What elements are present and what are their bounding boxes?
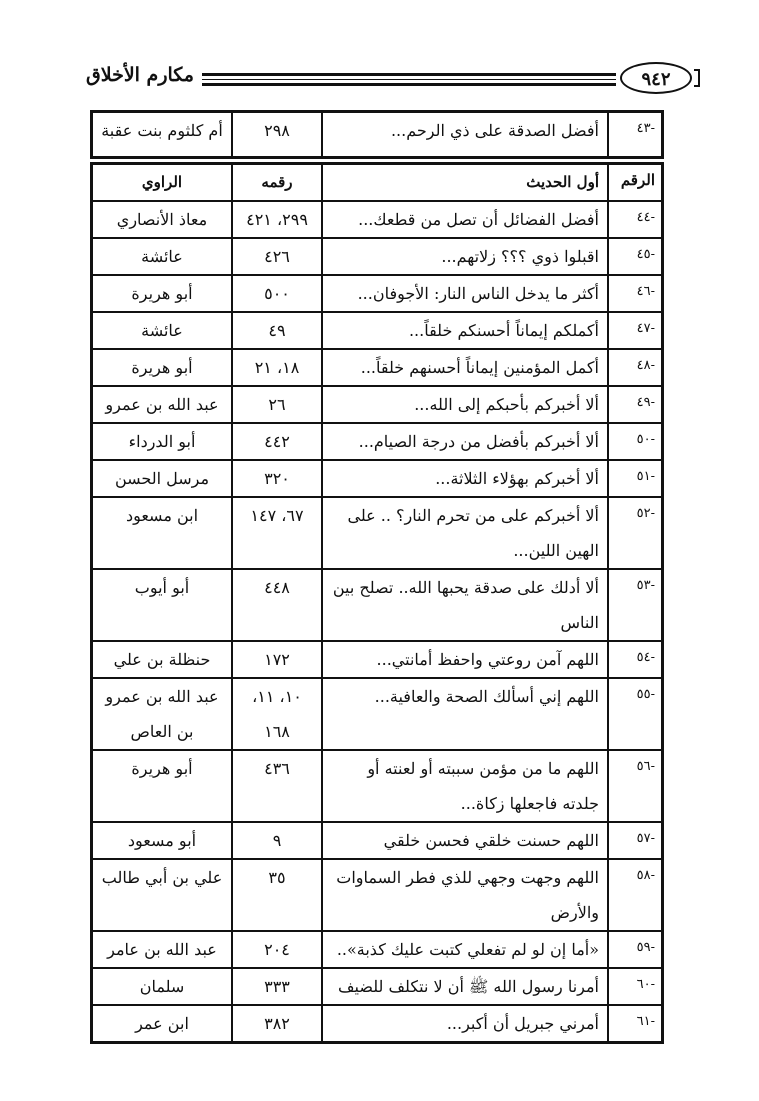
narrator: أم كلثوم بنت عقبة [92, 112, 233, 158]
hadith-text: ألا أخبركم بهؤلاء الثلاثة... [322, 460, 608, 497]
column-header-reference: رقمه [232, 164, 322, 202]
row-number: -٦٠ [608, 968, 663, 1005]
row-number: -٤٥ [608, 238, 663, 275]
hadith-reference: ١٧٢ [232, 641, 322, 678]
hadith-reference: ٣٥ [232, 859, 322, 931]
row-number: -٥٨ [608, 859, 663, 931]
page-header: مكارم الأخلاق ٩٤٢ [84, 62, 708, 98]
hadith-text: أفضل الفضائل أن تصل من قطعك... [322, 201, 608, 238]
row-number: -٥٢ [608, 497, 663, 569]
table-row: -٤٩ألا أخبركم بأحبكم إلى الله...٢٦عبد ال… [92, 386, 663, 423]
table-row: -٥٥اللهم إني أسألك الصحة والعافية...١٠، … [92, 678, 663, 750]
hadith-text: «أما إن لو لم تفعلي كتبت عليك كذبة».. [322, 931, 608, 968]
hadith-text: اقبلوا ذوي ؟؟؟ زلاتهم... [322, 238, 608, 275]
hadith-reference: ٣٣٣ [232, 968, 322, 1005]
row-number: -٤٦ [608, 275, 663, 312]
row-number: -٥٧ [608, 822, 663, 859]
hadith-text: اللهم آمن روعتي واحفظ أمانتي... [322, 641, 608, 678]
hadith-text: أمرنا رسول الله ﷺ أن لا نتكلف للضيف [322, 968, 608, 1005]
hadith-reference: ٤٤٨ [232, 569, 322, 641]
hadith-reference: ٢٩٩، ٤٢١ [232, 201, 322, 238]
hadith-reference: ٤٩ [232, 312, 322, 349]
hadith-text: اللهم ما من مؤمن سببته أو لعنته أو جلدته… [322, 750, 608, 822]
table-row: -٤٨أكمل المؤمنين إيماناً أحسنهم خلقاً...… [92, 349, 663, 386]
narrator: أبو هريرة [92, 349, 233, 386]
column-header-narrator: الراوي [92, 164, 233, 202]
narrator: عائشة [92, 238, 233, 275]
ornament-bracket-icon [694, 69, 700, 87]
narrator: عبد الله بن عمرو بن العاص [92, 678, 233, 750]
hadith-reference: ٤٣٦ [232, 750, 322, 822]
row-number: -٤٤ [608, 201, 663, 238]
table-row: -٤٤أفضل الفضائل أن تصل من قطعك...٢٩٩، ٤٢… [92, 201, 663, 238]
hadith-text: اللهم وجهت وجهي للذي فطر السماوات والأرض [322, 859, 608, 931]
row-number: -٦١ [608, 1005, 663, 1043]
hadith-reference: ١٨، ٢١ [232, 349, 322, 386]
narrator: عبد الله بن عمرو [92, 386, 233, 423]
header-rule [202, 73, 616, 86]
hadith-reference: ٤٤٢ [232, 423, 322, 460]
narrator: عائشة [92, 312, 233, 349]
table-row: -٤٦أكثر ما يدخل الناس النار: الأجوفان...… [92, 275, 663, 312]
hadith-reference: ٩ [232, 822, 322, 859]
table-row: -٥٣ألا أدلك على صدقة يحبها الله.. تصلح ب… [92, 569, 663, 641]
narrator: علي بن أبي طالب [92, 859, 233, 931]
hadith-text: أمرني جبريل أن أكبر... [322, 1005, 608, 1043]
hadith-reference: ٤٢٦ [232, 238, 322, 275]
narrator: عبد الله بن عامر [92, 931, 233, 968]
table-row: -٥٦اللهم ما من مؤمن سببته أو لعنته أو جل… [92, 750, 663, 822]
table-row: -٦١أمرني جبريل أن أكبر...٣٨٢ابن عمر [92, 1005, 663, 1043]
table-row: -٤٣ أفضل الصدقة على ذي الرحم... ٢٩٨ أم ك… [92, 112, 663, 158]
table-row: -٥٠ألا أخبركم بأفضل من درجة الصيام...٤٤٢… [92, 423, 663, 460]
hadith-reference: ٢٦ [232, 386, 322, 423]
narrator: سلمان [92, 968, 233, 1005]
table-row: -٤٥اقبلوا ذوي ؟؟؟ زلاتهم...٤٢٦عائشة [92, 238, 663, 275]
table-row: -٥٧اللهم حسنت خلقي فحسن خلقي٩أبو مسعود [92, 822, 663, 859]
narrator: ابن عمر [92, 1005, 233, 1043]
hadith-text: ألا أدلك على صدقة يحبها الله.. تصلح بين … [322, 569, 608, 641]
row-number: -٥٩ [608, 931, 663, 968]
table-row: -٥٢ألا أخبركم على من تحرم النار؟ .. على … [92, 497, 663, 569]
narrator: أبو هريرة [92, 750, 233, 822]
hadith-reference: ٥٠٠ [232, 275, 322, 312]
row-number: -٥٣ [608, 569, 663, 641]
table-row: -٥٨اللهم وجهت وجهي للذي فطر السماوات وال… [92, 859, 663, 931]
hadith-text: اللهم إني أسألك الصحة والعافية... [322, 678, 608, 750]
row-number: -٥١ [608, 460, 663, 497]
row-number: -٥٦ [608, 750, 663, 822]
hadith-reference: ٢٠٤ [232, 931, 322, 968]
hadith-reference: ٣٨٢ [232, 1005, 322, 1043]
narrator: أبو مسعود [92, 822, 233, 859]
hadith-text: أكملكم إيماناً أحسنكم خلقاً... [322, 312, 608, 349]
column-header-hadith: أول الحديث [322, 164, 608, 202]
row-number: -٥٤ [608, 641, 663, 678]
row-number: -٥٠ [608, 423, 663, 460]
row-number: -٤٧ [608, 312, 663, 349]
narrator: أبو الدرداء [92, 423, 233, 460]
hadith-text: ألا أخبركم بأفضل من درجة الصيام... [322, 423, 608, 460]
hadith-text: ألا أخبركم على من تحرم النار؟ .. على اله… [322, 497, 608, 569]
narrator: حنظلة بن علي [92, 641, 233, 678]
row-number: -٥٥ [608, 678, 663, 750]
narrator: أبو هريرة [92, 275, 233, 312]
book-title: مكارم الأخلاق [86, 64, 194, 86]
hadith-text: أكمل المؤمنين إيماناً أحسنهم خلقاً... [322, 349, 608, 386]
table-row: -٦٠أمرنا رسول الله ﷺ أن لا نتكلف للضيف٣٣… [92, 968, 663, 1005]
column-header-number: الرقم [608, 164, 663, 202]
narrator: ابن مسعود [92, 497, 233, 569]
narrator: معاذ الأنصاري [92, 201, 233, 238]
hadith-text: أفضل الصدقة على ذي الرحم... [322, 112, 608, 158]
hadith-reference: ٣٢٠ [232, 460, 322, 497]
hadith-reference: ٦٧، ١٤٧ [232, 497, 322, 569]
table-row: -٥٤اللهم آمن روعتي واحفظ أمانتي...١٧٢حنظ… [92, 641, 663, 678]
narrator: أبو أيوب [92, 569, 233, 641]
hadith-reference: ٢٩٨ [232, 112, 322, 158]
hadith-text: أكثر ما يدخل الناس النار: الأجوفان... [322, 275, 608, 312]
continued-table: -٤٣ أفضل الصدقة على ذي الرحم... ٢٩٨ أم ك… [90, 110, 664, 159]
row-number: -٤٣ [608, 112, 663, 158]
hadith-text: ألا أخبركم بأحبكم إلى الله... [322, 386, 608, 423]
table-row: -٤٧أكملكم إيماناً أحسنكم خلقاً...٤٩عائشة [92, 312, 663, 349]
table-header-row: الرقم أول الحديث رقمه الراوي [92, 164, 663, 202]
narrator: مرسل الحسن [92, 460, 233, 497]
row-number: -٤٩ [608, 386, 663, 423]
hadith-index-table: الرقم أول الحديث رقمه الراوي -٤٤أفضل الف… [90, 162, 664, 1044]
table-row: -٥٩«أما إن لو لم تفعلي كتبت عليك كذبة»..… [92, 931, 663, 968]
hadith-text: اللهم حسنت خلقي فحسن خلقي [322, 822, 608, 859]
page-number: ٩٤٢ [620, 62, 692, 94]
table-row: -٥١ألا أخبركم بهؤلاء الثلاثة...٣٢٠مرسل ا… [92, 460, 663, 497]
hadith-reference: ١٠، ١١، ١٦٨ [232, 678, 322, 750]
row-number: -٤٨ [608, 349, 663, 386]
table-body: -٤٤أفضل الفضائل أن تصل من قطعك...٢٩٩، ٤٢… [92, 201, 663, 1043]
